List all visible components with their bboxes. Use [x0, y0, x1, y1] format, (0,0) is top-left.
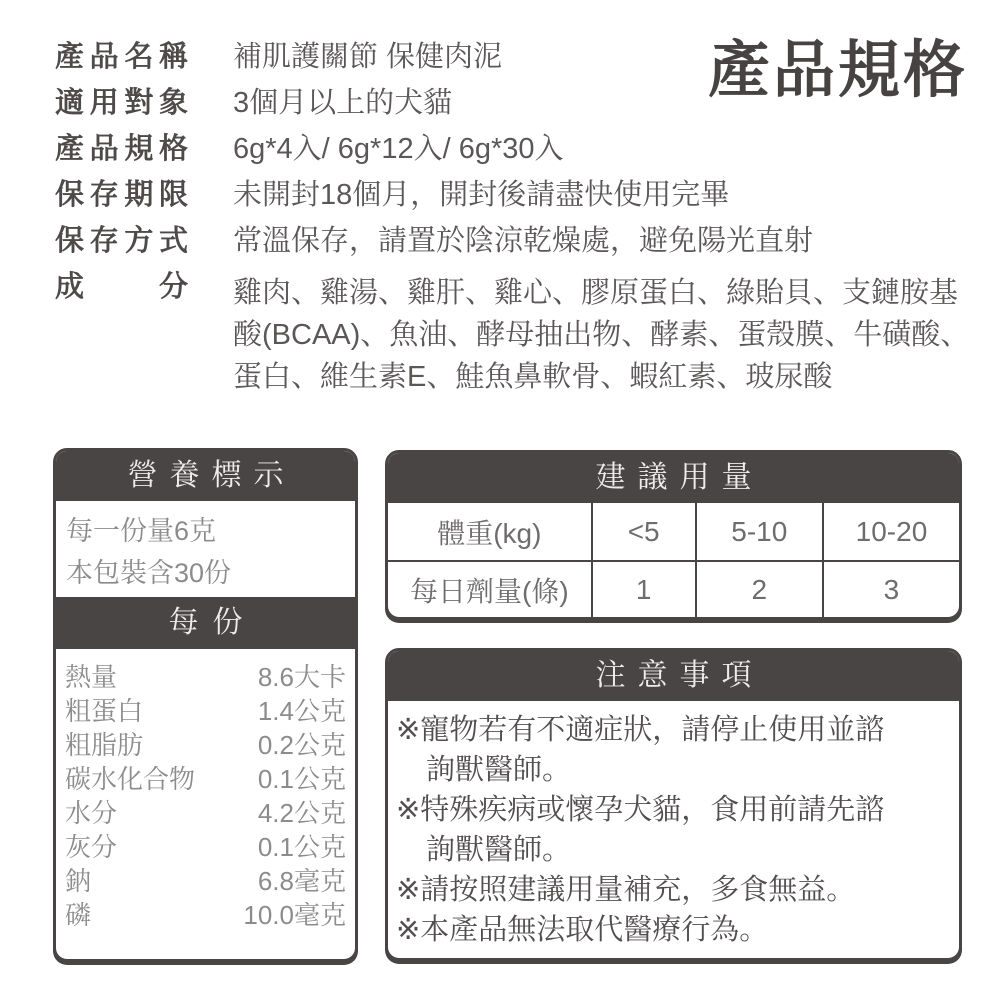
spec-label: 適用對象: [55, 88, 188, 119]
warning-line: ※特殊疾病或懷孕犬貓，食用前請先諮: [396, 790, 951, 830]
spec-row-shelf-life: 保存期限 未開封18個月，開封後請盡快使用完畢: [55, 180, 969, 211]
spec-label: 產品名稱: [55, 42, 188, 73]
nutrition-row: 碳水化合物 0.1公克: [65, 762, 346, 796]
ingredients-line: 酸(BCAA)、魚油、酵母抽出物、酵素、蛋殼膜、牛磺酸、: [233, 314, 969, 356]
nutrient-name: 磷: [65, 898, 91, 932]
nutrition-row: 磷 10.0毫克: [65, 898, 346, 932]
ingredients-line: 蛋白、維生素E、鮭魚鼻軟骨、蝦紅素、玻尿酸: [233, 356, 969, 398]
spec-label: 產品規格: [55, 134, 188, 165]
nutrition-row: 灰分 0.1公克: [65, 830, 346, 864]
serving-size: 每一份量6克: [66, 510, 345, 552]
dosage-weight-label: 體重(kg): [388, 503, 591, 560]
nutrition-row: 鈉 6.8毫克: [65, 864, 346, 898]
warnings-title: 注意事項: [388, 651, 959, 701]
dosage-title: 建議用量: [388, 453, 959, 503]
spec-label: 成分: [55, 272, 188, 398]
nutrient-name: 粗蛋白: [65, 694, 143, 728]
nutrient-name: 水分: [65, 796, 117, 830]
spec-row-storage: 保存方式 常溫保存，請置於陰涼乾燥處，避免陽光直射: [55, 226, 969, 257]
nutrient-value: 1.4公克: [258, 694, 346, 728]
dosage-weight-col: <5: [591, 503, 695, 560]
nutrition-row: 水分 4.2公克: [65, 796, 346, 830]
nutrition-title: 營養標示: [56, 451, 355, 501]
nutrient-value: 0.1公克: [258, 830, 346, 864]
dosage-box: 建議用量 體重(kg) <5 5-10 10-20 每日劑量(條) 1 2 3: [385, 450, 962, 620]
spec-value: 3個月以上的犬貓: [233, 88, 452, 119]
page-title: 產品規格: [708, 38, 968, 104]
serving-info: 每一份量6克 本包裝含30份: [56, 501, 355, 597]
dosage-weight-col: 10-20: [822, 503, 959, 560]
nutrient-name: 灰分: [65, 830, 117, 864]
spec-row-size: 產品規格 6g*4入/ 6g*12入/ 6g*30入: [55, 134, 969, 165]
per-serving-title: 每份: [56, 597, 355, 649]
spec-label: 保存方式: [55, 226, 188, 257]
nutrition-box: 營養標示 每一份量6克 本包裝含30份 每份 熱量 8.6大卡 粗蛋白 1.4公…: [53, 448, 358, 962]
nutrient-value: 0.2公克: [258, 728, 346, 762]
nutrient-name: 熱量: [65, 660, 117, 694]
ingredients-line: 雞肉、雞湯、雞肝、雞心、膠原蛋白、綠貽貝、支鏈胺基: [233, 272, 969, 314]
nutrient-name: 粗脂肪: [65, 728, 143, 762]
nutrition-rows: 熱量 8.6大卡 粗蛋白 1.4公克 粗脂肪 0.2公克 碳水化合物 0.1公克…: [56, 649, 355, 932]
product-spec-sheet: 產品名稱 補肌護關節 保健肉泥 適用對象 3個月以上的犬貓 產品規格 6g*4入…: [0, 0, 1000, 1000]
nutrient-name: 碳水化合物: [65, 762, 195, 796]
dosage-dose-col: 3: [822, 560, 959, 617]
nutrient-value: 8.6大卡: [258, 660, 346, 694]
nutrition-row: 粗脂肪 0.2公克: [65, 728, 346, 762]
nutrient-value: 0.1公克: [258, 762, 346, 796]
warning-line-continuation: 詢獸醫師。: [396, 750, 951, 790]
nutrient-value: 10.0毫克: [243, 898, 346, 932]
servings-per-pack: 本包裝含30份: [66, 552, 345, 594]
ingredients-text: 雞肉、雞湯、雞肝、雞心、膠原蛋白、綠貽貝、支鏈胺基 酸(BCAA)、魚油、酵母抽…: [233, 272, 969, 398]
dosage-table: 體重(kg) <5 5-10 10-20 每日劑量(條) 1 2 3: [388, 503, 959, 617]
dosage-dose-col: 2: [695, 560, 822, 617]
dosage-dose-col: 1: [591, 560, 695, 617]
warning-line: ※請按照建議用量補充，多食無益。: [396, 870, 951, 910]
warning-line-continuation: 詢獸醫師。: [396, 830, 951, 870]
warnings-list: ※寵物若有不適症狀，請停止使用並諮 詢獸醫師。 ※特殊疾病或懷孕犬貓，食用前請先…: [388, 701, 959, 950]
spec-label: 保存期限: [55, 180, 188, 211]
warning-line: ※本產品無法取代醫療行為。: [396, 910, 951, 950]
spec-row-ingredients: 成分 雞肉、雞湯、雞肝、雞心、膠原蛋白、綠貽貝、支鏈胺基 酸(BCAA)、魚油、…: [55, 272, 969, 398]
spec-value: 補肌護關節 保健肉泥: [233, 42, 502, 73]
nutrient-value: 6.8毫克: [258, 864, 346, 898]
nutrient-value: 4.2公克: [258, 796, 346, 830]
warnings-box: 注意事項 ※寵物若有不適症狀，請停止使用並諮 詢獸醫師。 ※特殊疾病或懷孕犬貓，…: [385, 648, 962, 961]
spec-value: 未開封18個月，開封後請盡快使用完畢: [233, 180, 729, 211]
nutrient-name: 鈉: [65, 864, 91, 898]
spec-value: 常溫保存，請置於陰涼乾燥處，避免陽光直射: [233, 226, 813, 257]
nutrition-row: 熱量 8.6大卡: [65, 660, 346, 694]
warning-line: ※寵物若有不適症狀，請停止使用並諮: [396, 710, 951, 750]
dosage-dose-label: 每日劑量(條): [388, 560, 591, 617]
dosage-weight-col: 5-10: [695, 503, 822, 560]
nutrition-row: 粗蛋白 1.4公克: [65, 694, 346, 728]
spec-value: 6g*4入/ 6g*12入/ 6g*30入: [233, 134, 564, 165]
